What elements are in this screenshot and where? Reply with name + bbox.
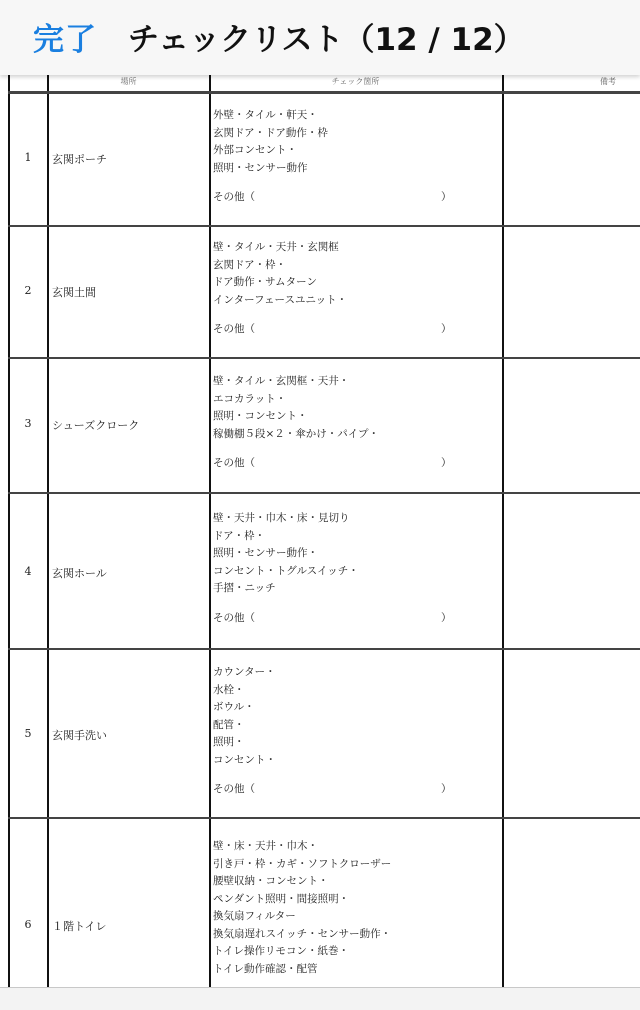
- row-place: 玄関手洗い: [52, 727, 107, 743]
- check-item: カウンター・: [213, 664, 276, 682]
- row-number: 3: [8, 417, 48, 430]
- table-border: [502, 75, 504, 987]
- page-title: チェックリスト（12 / 12）: [128, 14, 525, 59]
- check-item: ペンダント照明・間接照明・: [213, 891, 391, 909]
- check-item: 腰壁収納・コンセント・: [213, 873, 391, 891]
- row-number: 6: [8, 918, 48, 931]
- check-item: 壁・床・天井・巾木・: [213, 838, 391, 856]
- header-divider: [8, 91, 640, 94]
- other-field: その他（）: [213, 610, 359, 628]
- check-item: 外壁・タイル・軒天・: [213, 107, 328, 125]
- row-check-items: 壁・床・天井・巾木・ 引き戸・枠・カギ・ソフトクローザー 腰壁収納・コンセント・…: [213, 838, 391, 978]
- row-place: １階トイレ: [52, 918, 106, 934]
- row-check-items: カウンター・ 水栓・ ボウル・ 配管・ 照明・ コンセント・ その他（）: [213, 664, 276, 799]
- check-item: 稼働棚５段×２・傘かけ・パイプ・: [213, 426, 379, 444]
- check-item: 壁・タイル・天井・玄関框: [213, 239, 347, 257]
- row-divider: [8, 817, 640, 819]
- row-divider: [8, 225, 640, 227]
- row-number: 4: [8, 565, 48, 578]
- check-item: 配管・: [213, 717, 276, 735]
- row-check-items: 壁・天井・巾木・床・見切り ドア・枠・ 照明・センサー動作・ コンセント・トグル…: [213, 510, 359, 627]
- row-check-items: 外壁・タイル・軒天・ 玄関ドア・ドア動作・枠 外部コンセント・ 照明・センサー動…: [213, 107, 328, 207]
- table-border: [47, 75, 49, 987]
- check-item: トイレ操作リモコン・紙巻・: [213, 943, 391, 961]
- navigation-bar: 完了 チェックリスト（12 / 12）: [0, 0, 640, 75]
- table-border: [8, 75, 10, 987]
- row-divider: [8, 492, 640, 494]
- row-number: 2: [8, 284, 48, 297]
- other-field: その他（）: [213, 781, 276, 799]
- check-item: 壁・タイル・玄関框・天井・: [213, 373, 379, 391]
- check-item: 引き戸・枠・カギ・ソフトクローザー: [213, 856, 391, 874]
- row-place: 玄関ポーチ: [52, 151, 107, 167]
- other-field: その他（）: [213, 455, 379, 473]
- check-item: 照明・センサー動作: [213, 160, 328, 178]
- other-field: その他（）: [213, 189, 328, 207]
- check-item: ボウル・: [213, 699, 276, 717]
- check-item: ドア・枠・: [213, 528, 359, 546]
- check-item: 水栓・: [213, 682, 276, 700]
- row-place: シューズクローク: [52, 417, 139, 433]
- check-item: エコカラット・: [213, 391, 379, 409]
- row-place: 玄関ホール: [52, 565, 107, 581]
- header-notes: 備考: [600, 76, 640, 87]
- check-item: コンセント・: [213, 752, 276, 770]
- other-field: その他（）: [213, 321, 347, 339]
- bottom-toolbar: [0, 987, 640, 1010]
- check-item: 照明・コンセント・: [213, 408, 379, 426]
- header-place: 場所: [48, 76, 209, 87]
- check-item: トイレ動作確認・配管: [213, 961, 391, 979]
- table-border: [209, 75, 211, 987]
- check-item: 換気扇フィルター: [213, 908, 391, 926]
- check-item: コンセント・トグルスイッチ・: [213, 563, 359, 581]
- check-item: 壁・天井・巾木・床・見切り: [213, 510, 359, 528]
- check-item: 手摺・ニッチ: [213, 580, 359, 598]
- done-button[interactable]: 完了: [33, 14, 97, 59]
- row-number: 1: [8, 151, 48, 164]
- check-item: 照明・センサー動作・: [213, 545, 359, 563]
- check-item: 玄関ドア・枠・: [213, 257, 347, 275]
- checklist-document[interactable]: 場所 チェック箇所 備考 1 玄関ポーチ 外壁・タイル・軒天・ 玄関ドア・ドア動…: [0, 0, 640, 1010]
- header-check-items: チェック箇所: [209, 76, 502, 87]
- row-place: 玄関土間: [52, 284, 96, 300]
- row-check-items: 壁・タイル・天井・玄関框 玄関ドア・枠・ ドア動作・サムターン インターフェース…: [213, 239, 347, 339]
- row-number: 5: [8, 727, 48, 740]
- check-item: ドア動作・サムターン: [213, 274, 347, 292]
- check-item: インターフェースユニット・: [213, 292, 347, 310]
- row-check-items: 壁・タイル・玄関框・天井・ エコカラット・ 照明・コンセント・ 稼働棚５段×２・…: [213, 373, 379, 473]
- row-divider: [8, 648, 640, 650]
- check-item: 玄関ドア・ドア動作・枠: [213, 125, 328, 143]
- check-item: 外部コンセント・: [213, 142, 328, 160]
- check-item: 換気扇遅れスイッチ・センサー動作・: [213, 926, 391, 944]
- row-divider: [8, 357, 640, 359]
- check-item: 照明・: [213, 734, 276, 752]
